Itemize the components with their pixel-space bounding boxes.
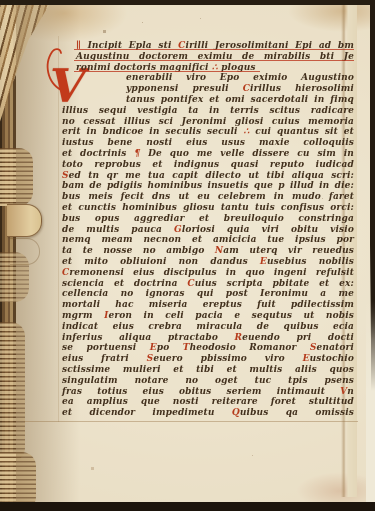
rubrication-mark: Q (232, 408, 240, 418)
text-line: et dicendor impedimetu Quibus qa omissis (62, 408, 354, 418)
text-line: mgrm Ieron in celi pacia e sequtus ut no… (62, 311, 354, 321)
rubrication-mark: S (310, 343, 317, 353)
text-line: bam de pdigiis hominibus insuetis que p … (62, 181, 354, 191)
text-line: no cessat illius sci Jeronimi gliosi cui… (62, 117, 354, 127)
text-line: indicat eius crebra miracula de quibus e… (62, 322, 354, 332)
rubrication-mark: S (62, 171, 69, 181)
text-line: inferius aliqua ptractabo Reuendo pri do… (62, 333, 354, 343)
rubrication-mark: G (174, 225, 182, 235)
photo-border-right (370, 0, 375, 340)
text-line: illius sequi vestigia ta in terris scitu… (62, 106, 354, 116)
text-line: singulatim notare no oget tuc tpis psens (62, 376, 354, 386)
index-tab-outline (10, 238, 40, 265)
text-line: sciencia et doctrina Cuius scripta pbita… (62, 279, 354, 289)
text-line: et mito obliuioni non dandus Eusebius no… (62, 257, 354, 267)
text-line: sctissime mulieri et tibi et multis alii… (62, 365, 354, 375)
manuscript-photo: V ∥ Incipit Epla sti Cirilli Jerosolimit… (0, 0, 375, 511)
text-line: iustus bene nosti eius usus maxie colloq… (62, 138, 354, 148)
rubrication-mark: C (178, 41, 185, 51)
text-line: toto reprobus et indignus quasi reputo i… (62, 160, 354, 170)
text-line: enerabili viro Epo eximio Augustino (126, 73, 354, 83)
text-line: nemq meam necnon et amicicia tue ipsius … (62, 235, 354, 245)
text-line: se portuensi Epo Theodosio Romanor Senat… (62, 343, 354, 353)
text-line: de multis pauca Gloriosi quia viri obitu… (62, 225, 354, 235)
text-line: bus meis fecit dns ut eu celebrem in mud… (62, 192, 354, 202)
text-line: fras totius eius obitus seriem intimauit… (62, 387, 354, 397)
rubrication-mark: T (183, 343, 190, 353)
index-tab (7, 204, 42, 237)
text-line: erit in bndicoe in seculis seculi ∴ cui … (62, 127, 354, 137)
text-line: et cunctis hominibus gliosu tantu tuis c… (62, 203, 354, 213)
rubric-line: ronimi doctoris magnifici ∴ plogus (76, 63, 256, 73)
text-line: Sed tn qr me tua capit dilecto ut tibi a… (62, 171, 354, 181)
rubrication-mark: C (187, 279, 194, 289)
text-line: tanus pontifex et omi sacerdotali in fim… (126, 95, 354, 105)
text-line: ta te nosse no ambigo Nam uterq vir reue… (62, 246, 354, 256)
text-line: eius fratri Seuero pbissimo viro Eustoch… (62, 354, 354, 364)
photo-border-top (0, 0, 375, 5)
text-line: ypponensi presuli Cirillus hierosolimi (126, 84, 354, 94)
text-line: bus opus aggrediar et breuiloquio constr… (62, 214, 354, 224)
rubric-line: Augustinu doctorem eximiu de mirabilis b… (76, 52, 354, 62)
rubrication-mark: E (260, 257, 267, 267)
text-line: cellencia no ignoras qui post Ieronimu a… (62, 289, 354, 299)
rubric-line: ∥ Incipit Epla sti Cirilli Jerosolimitan… (76, 41, 354, 51)
text-line: ea amplius que nosti reiterare foret stu… (62, 397, 354, 407)
text-block: ∥ Incipit Epla sti Cirilli Jerosolimitan… (62, 0, 360, 497)
photo-border-bottom (0, 502, 375, 511)
text-line: mortali hac miseria ereptus fuit pdilect… (62, 300, 354, 310)
text-line: Cremonensi eius discipulus in quo ingeni… (62, 268, 354, 278)
rubrication-mark: E (303, 354, 310, 364)
rubrication-mark: E (150, 343, 157, 353)
text-line: et doctrinis ¶ De quo me velle dissere c… (62, 149, 354, 159)
rubrication-mark: C (243, 84, 250, 94)
